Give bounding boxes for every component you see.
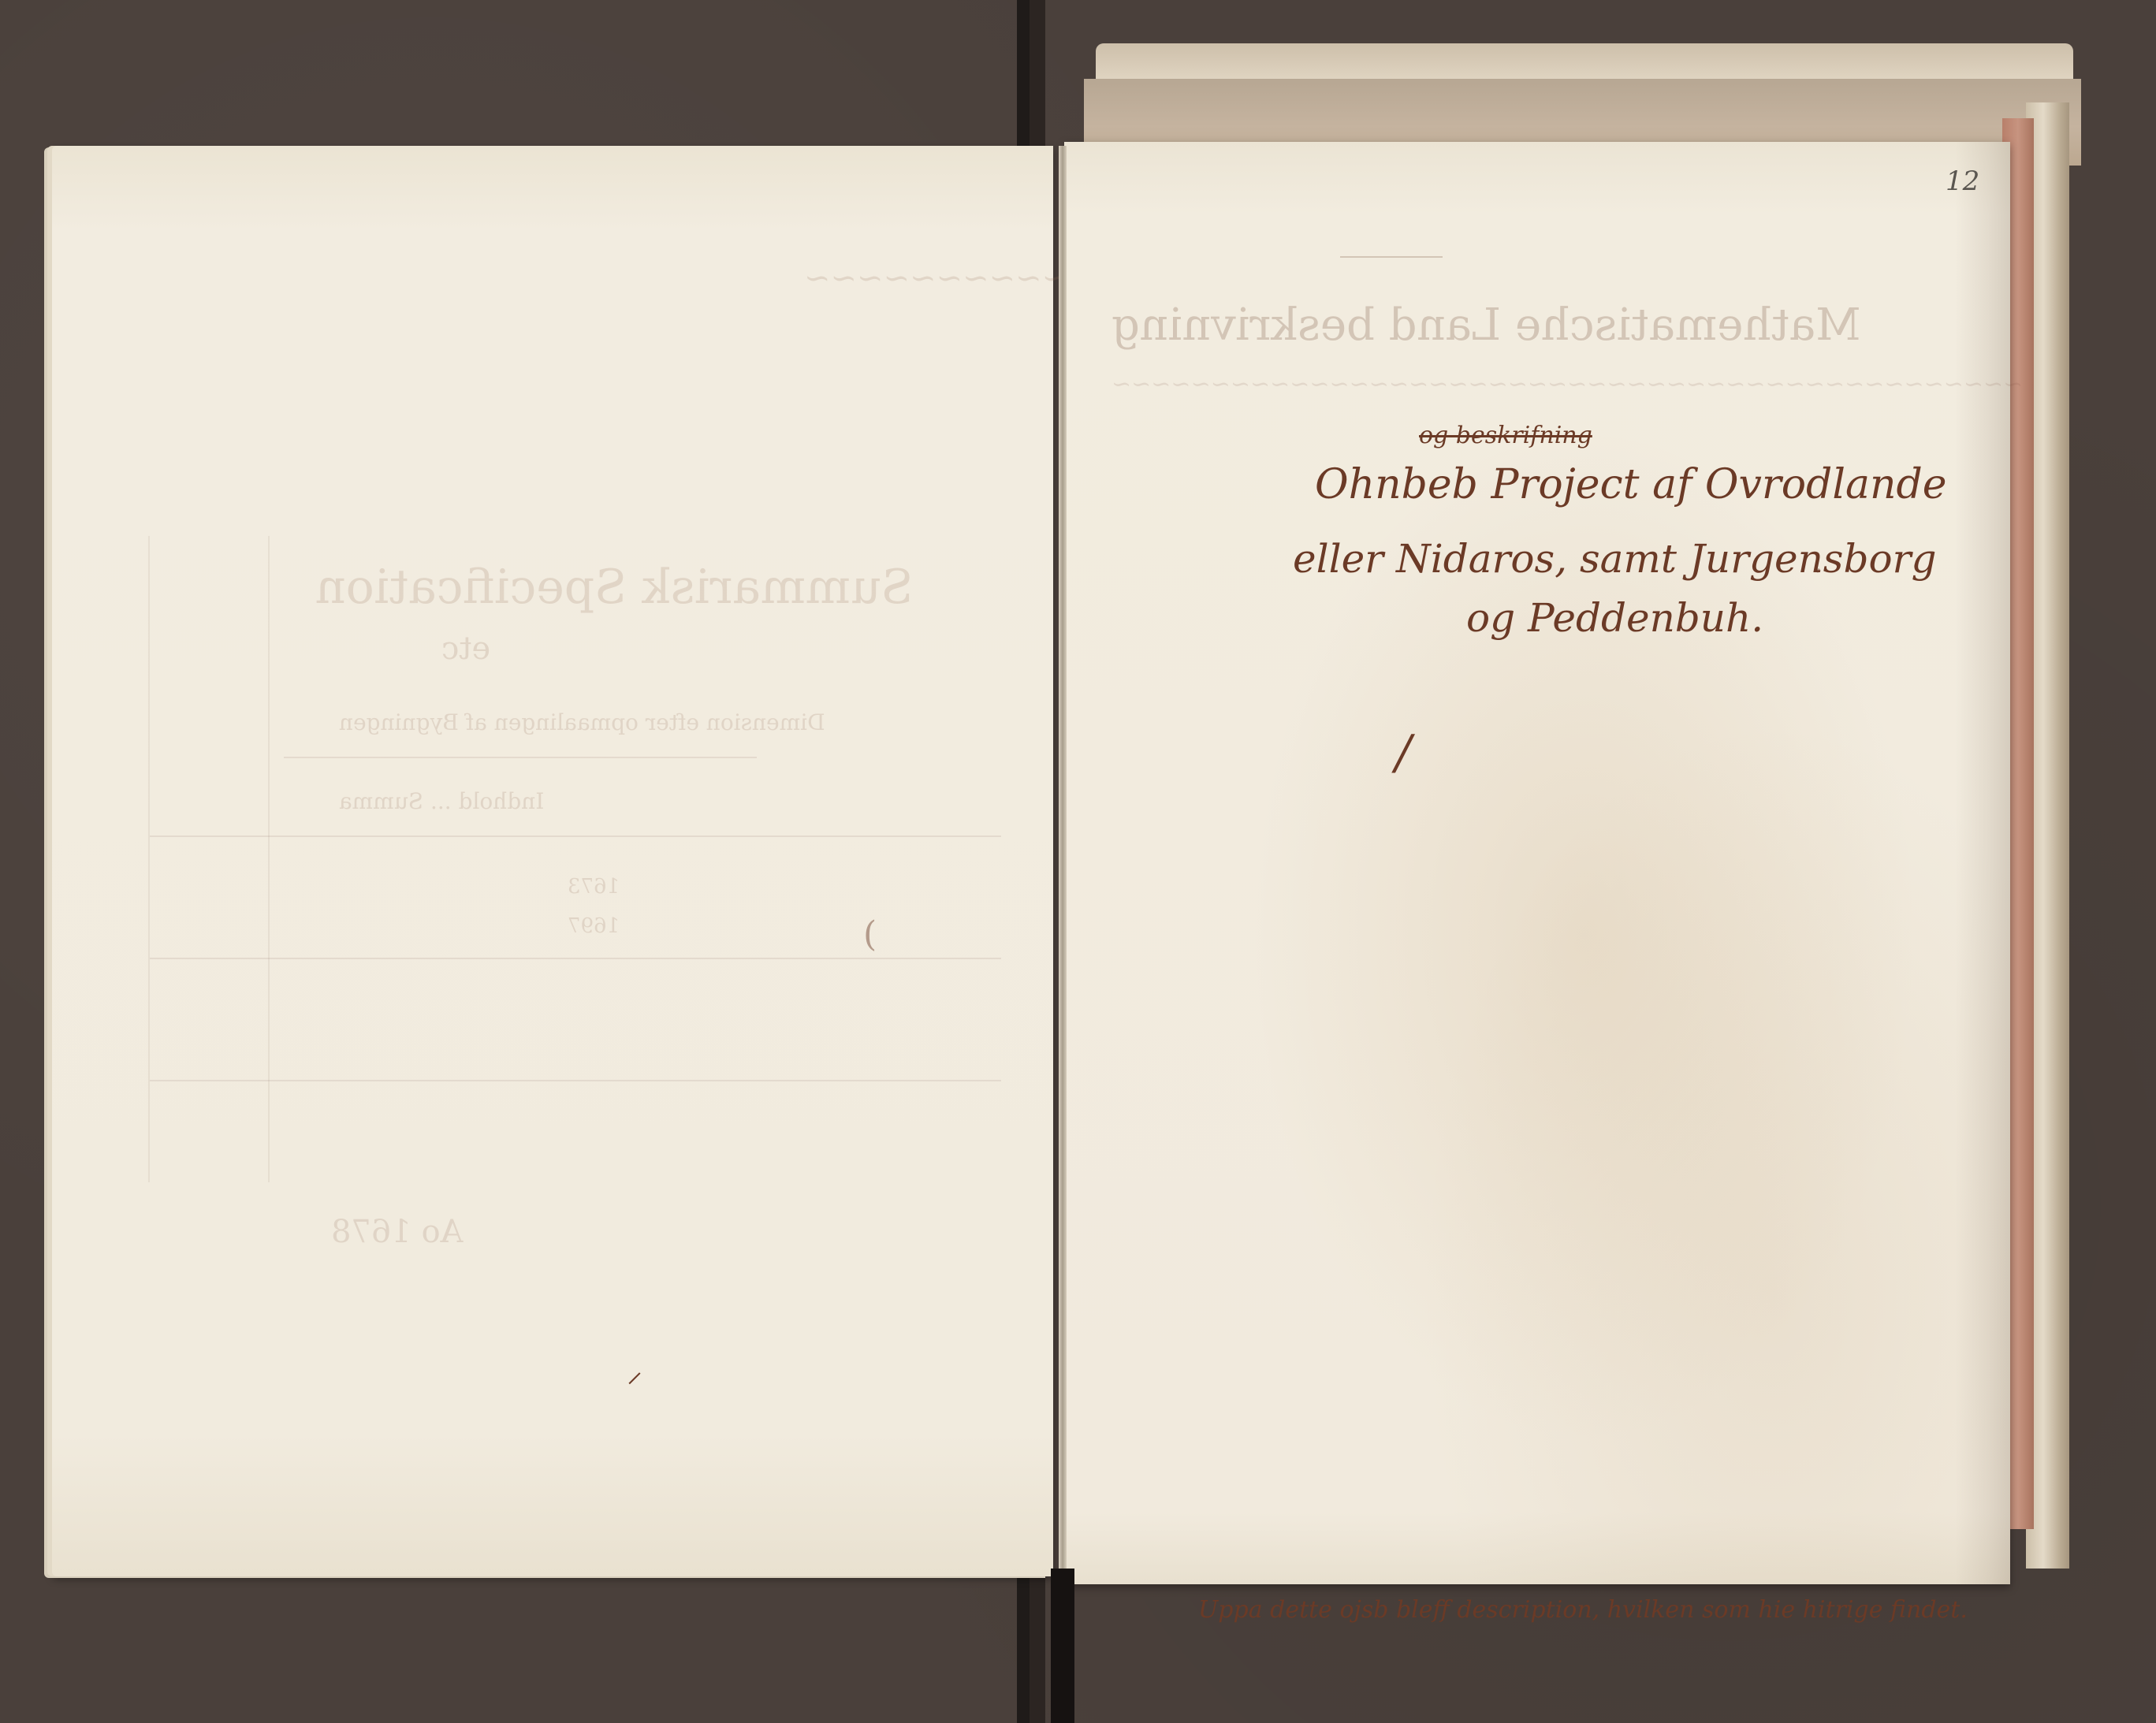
folio-number: 12 bbox=[1946, 166, 1979, 197]
left-bleed-line-4: 1697 bbox=[568, 914, 620, 938]
left-bleed-line-3: 1673 bbox=[568, 875, 620, 899]
right-page-shadow bbox=[1955, 142, 2010, 1584]
binding-spine-bottom bbox=[1051, 1569, 1074, 1723]
left-bleed-heading: Summarisk Specification bbox=[315, 560, 914, 615]
left-bleed-line-1: Dimension efter opmaalingen af Bygningen bbox=[339, 709, 825, 735]
left-bleed-column-rule bbox=[268, 536, 270, 1182]
bottom-note: Uppa dette ojsb bleff description, hvilk… bbox=[1198, 1596, 1968, 1624]
left-bleed-rule-2 bbox=[150, 835, 1001, 837]
left-bleed-rule-4 bbox=[150, 1080, 1001, 1081]
left-bleed-line-2: Indhold ... Summa bbox=[339, 788, 544, 814]
left-bleed-note: Ao 1678 bbox=[331, 1214, 463, 1250]
left-bleed-subheading: etc bbox=[441, 631, 490, 667]
right-bleed-title: Mathematische Land beskrivning bbox=[1112, 300, 1861, 351]
annotation-line-1: Ohnbeb Project af Ovrodlande bbox=[1315, 461, 1947, 508]
ink-stroke-mark: / bbox=[1395, 725, 1411, 780]
left-bleed-margin-rule bbox=[148, 536, 150, 1182]
annotation-line-2: eller Nidaros, samt Jurgensborg bbox=[1293, 536, 1936, 582]
gutter-crease bbox=[1059, 146, 1067, 1572]
ink-mark-small: . bbox=[1813, 544, 1823, 580]
right-page bbox=[1064, 142, 2010, 1584]
annotation-struck-line: og beskrifning bbox=[1419, 422, 1592, 449]
annotation-line-3: og Peddenbuh. bbox=[1466, 595, 1763, 641]
left-bleed-rule-3 bbox=[150, 958, 1001, 959]
left-bleed-rule-1 bbox=[284, 757, 757, 758]
right-bleed-rule bbox=[1340, 256, 1443, 258]
left-ink-mark: ⸝ bbox=[627, 1348, 642, 1391]
left-bracket-mark: ( bbox=[863, 914, 877, 955]
right-bleed-line: ~~~~~~~~~~~~~~~~~~~~~~~~~~~~~~~~~~~~~~~~… bbox=[1112, 370, 2023, 398]
left-page bbox=[52, 146, 1053, 1576]
